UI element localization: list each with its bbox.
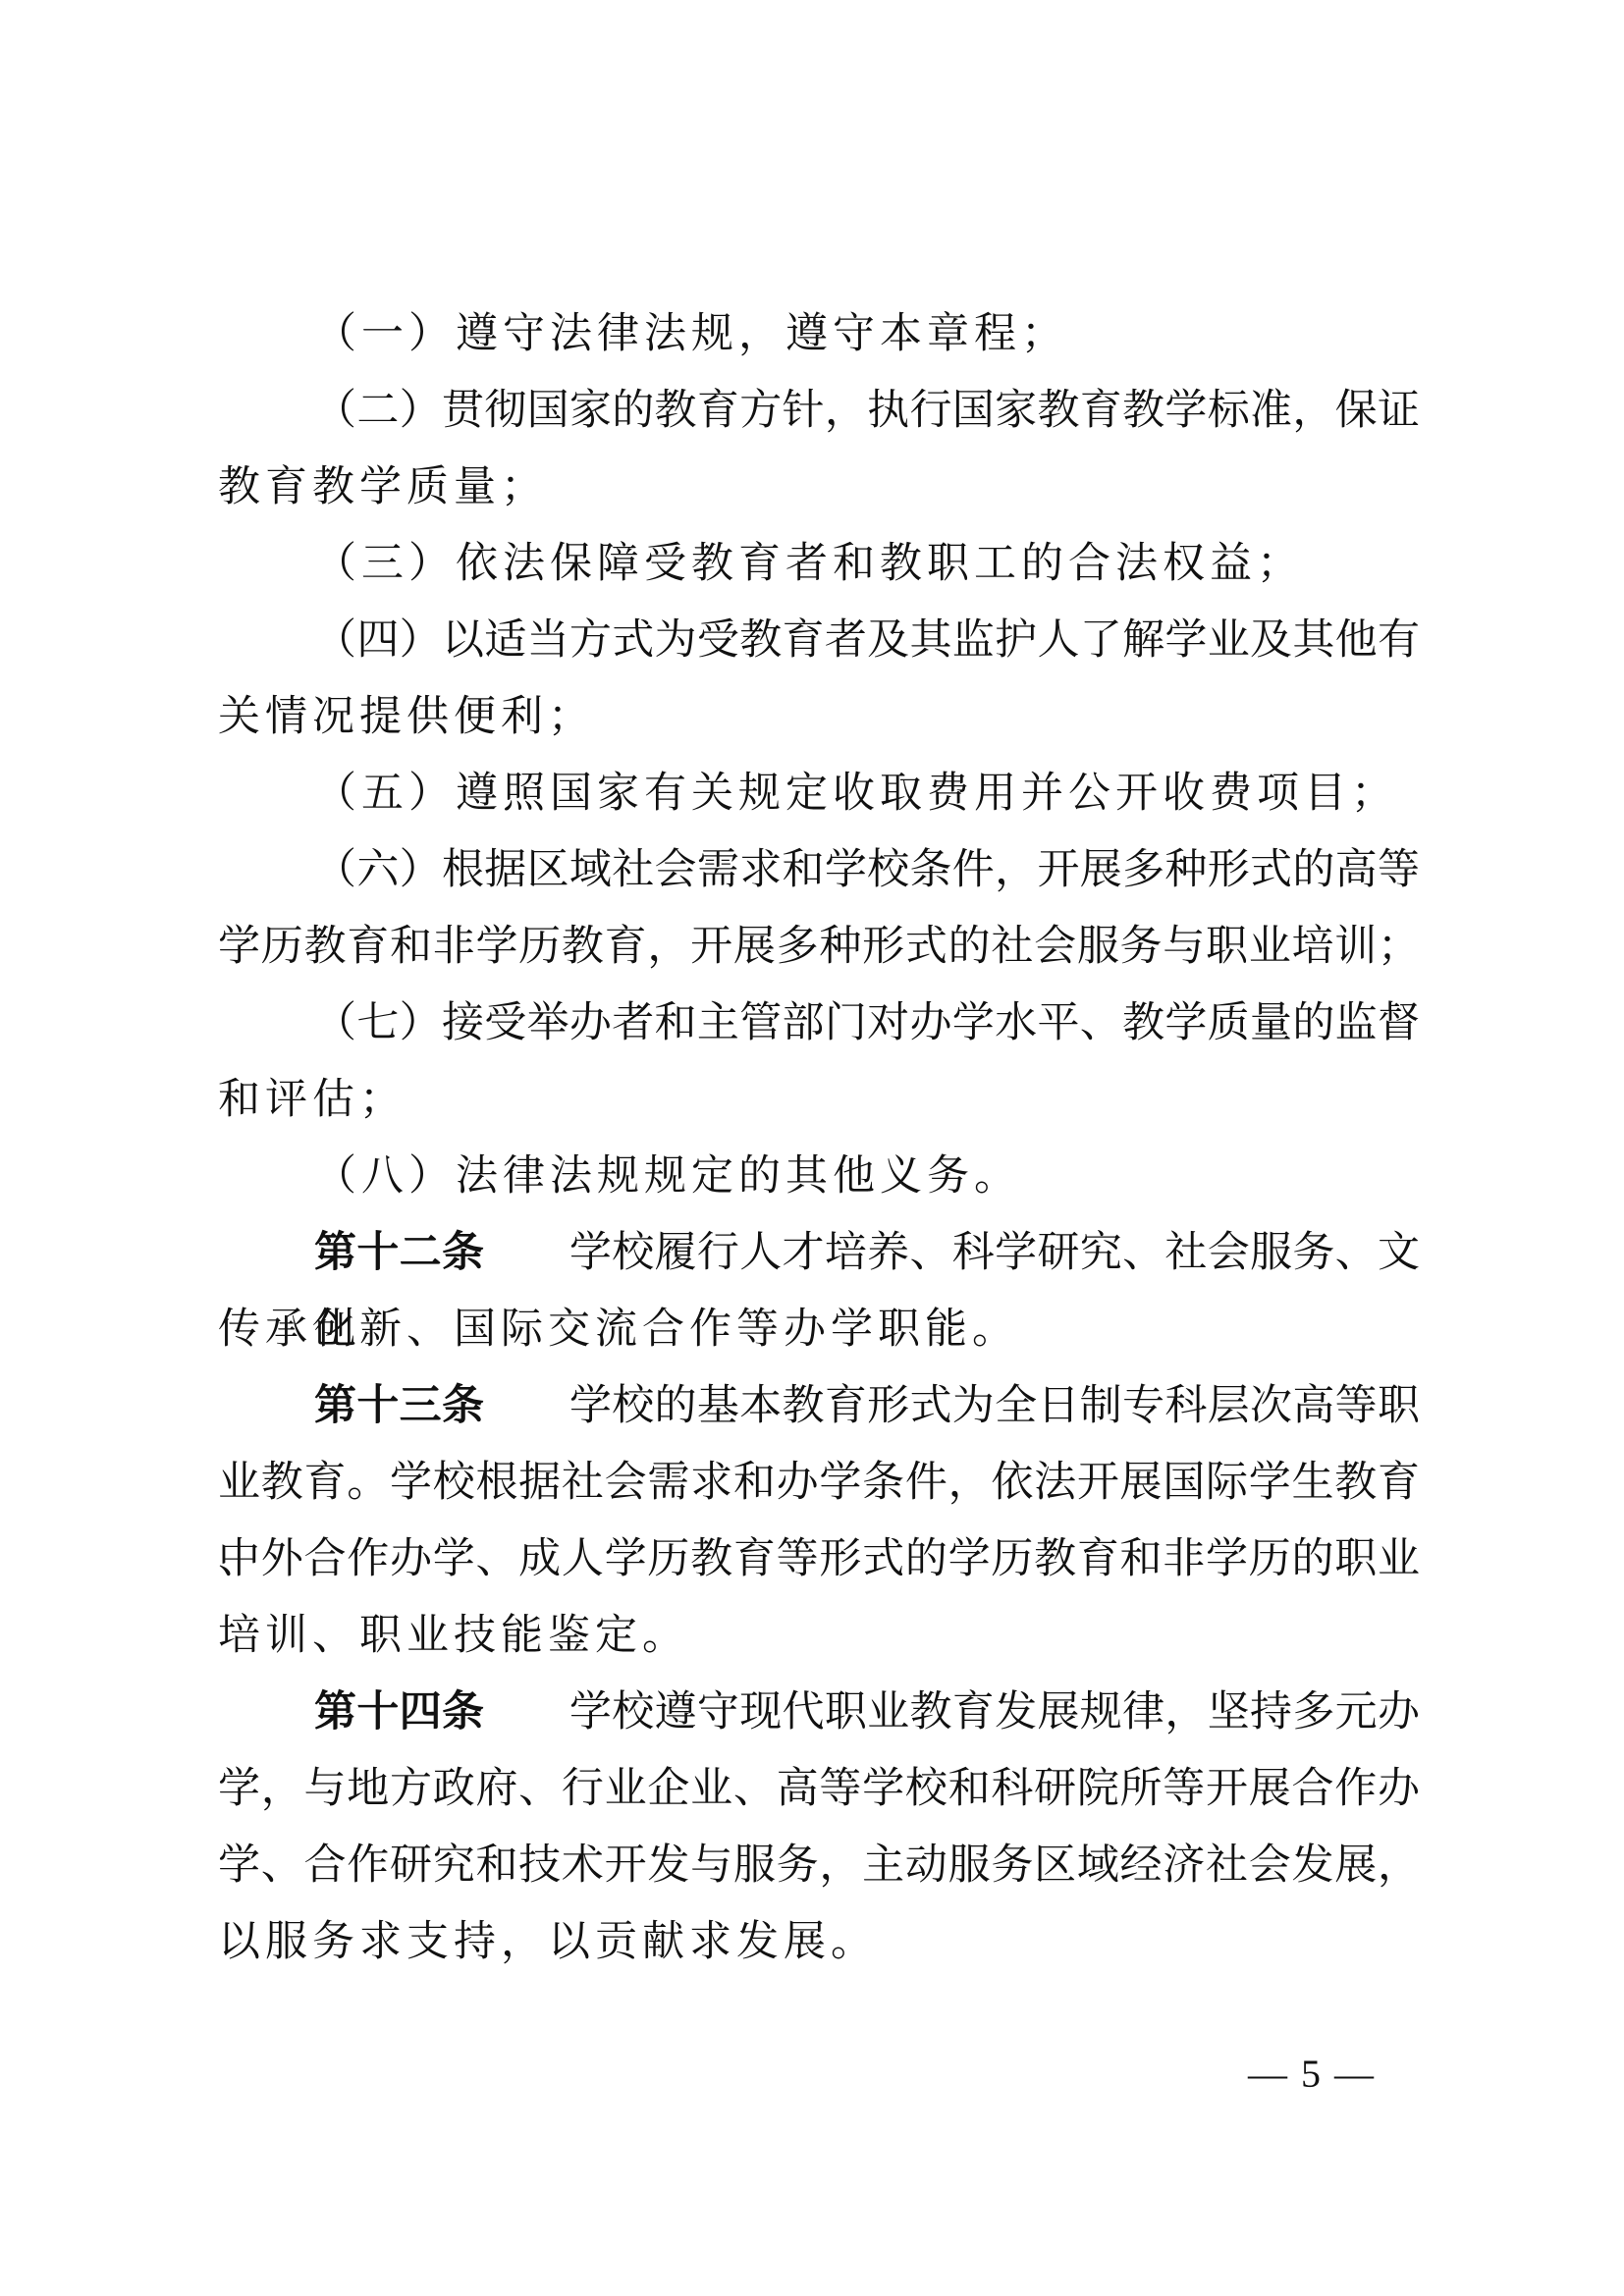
- page-number: — 5 —: [1239, 2052, 1384, 2097]
- article-12-line-2: 传承创新、国际交流合作等办学职能。: [218, 1291, 1420, 1367]
- article-13-gap: [484, 1381, 569, 1430]
- article-13-line-2: 业​教​育​。​学​校​根​据​社​会​需​求​和​办​学​条​件​，​依​法​…: [218, 1444, 1420, 1521]
- article-14-heading: 第​十​四​条: [314, 1687, 484, 1736]
- list-item-6-line-2: 学​历​教​育​和​非​学​历​教​育​，​开​展​多​种​形​式​的​社​会​…: [218, 908, 1420, 985]
- list-item-3-line-1: （三）依法保障受教育者和教职工的合法权益；: [218, 525, 1420, 602]
- list-item-8-line-1: （八）法律法规规定的其他义务。: [218, 1138, 1420, 1214]
- list-item-7-line-1: （​七​）​接​受​举​办​者​和​主​管​部​门​对​办​学​水​平​、​教​…: [218, 985, 1420, 1061]
- article-13-text-1: 学​校​的​基​本​教​育​形​式​为​全​日​制​专​科​层​次​高​等​职: [569, 1381, 1420, 1430]
- article-14-line-2: 学​，​与​地​方​政​府​、​行​业​企​业​、​高​等​学​校​和​科​研​…: [218, 1750, 1420, 1827]
- list-item-2-line-2: 教育教学质量；: [218, 449, 1420, 525]
- article-14-text-1: 学​校​遵​守​现​代​职​业​教​育​发​展​规​律​，​坚​持​多​元​办: [569, 1687, 1420, 1736]
- article-13-line-1: 第​十​三​条 学​校​的​基​本​教​育​形​式​为​全​日​制​专​科​层​…: [218, 1367, 1420, 1444]
- article-12-heading: 第​十​二​条: [314, 1228, 484, 1277]
- article-12-gap: [484, 1228, 569, 1277]
- list-item-4-line-1: （​四​）​以​适​当​方​式​为​受​教​育​者​及​其​监​护​人​了​解​…: [218, 602, 1420, 678]
- article-14-line-4: 以服务求支持，以贡献求发展。: [218, 1903, 1420, 1980]
- article-14-gap: [484, 1687, 569, 1736]
- article-13-line-4: 培训、职业技能鉴定。: [218, 1597, 1420, 1674]
- article-12-line-1: 第​十​二​条 学​校​履​行​人​才​培​养​、​科​学​研​究​、​社​会​…: [218, 1214, 1420, 1291]
- article-14-line-1: 第​十​四​条 学​校​遵​守​现​代​职​业​教​育​发​展​规​律​，​坚​…: [218, 1674, 1420, 1750]
- article-13-line-3: 中​外​合​作​办​学​、​成​人​学​历​教​育​等​形​式​的​学​历​教​…: [218, 1521, 1420, 1597]
- article-13-heading: 第​十​三​条: [314, 1381, 484, 1430]
- list-item-4-line-2: 关情况提供便利；: [218, 678, 1420, 755]
- document-body: （一）遵守法律法规，遵守本章程； （​二​）​贯​彻​国​家​的​教​育​方​针…: [218, 295, 1420, 1980]
- list-item-5-line-1: （五）遵照国家有关规定收取费用并公开收费项目；: [218, 755, 1420, 831]
- list-item-6-line-1: （​六​）​根​据​区​域​社​会​需​求​和​学​校​条​件​，​开​展​多​…: [218, 831, 1420, 908]
- article-14-line-3: 学​、​合​作​研​究​和​技​术​开​发​与​服​务​，​主​动​服​务​区​…: [218, 1827, 1420, 1903]
- list-item-1-line-1: （一）遵守法律法规，遵守本章程；: [218, 295, 1420, 372]
- list-item-2-line-1: （​二​）​贯​彻​国​家​的​教​育​方​针​，​执​行​国​家​教​育​教​…: [218, 372, 1420, 449]
- list-item-7-line-2: 和评估；: [218, 1061, 1420, 1138]
- document-page: （一）遵守法律法规，遵守本章程； （​二​）​贯​彻​国​家​的​教​育​方​针…: [0, 0, 1624, 2296]
